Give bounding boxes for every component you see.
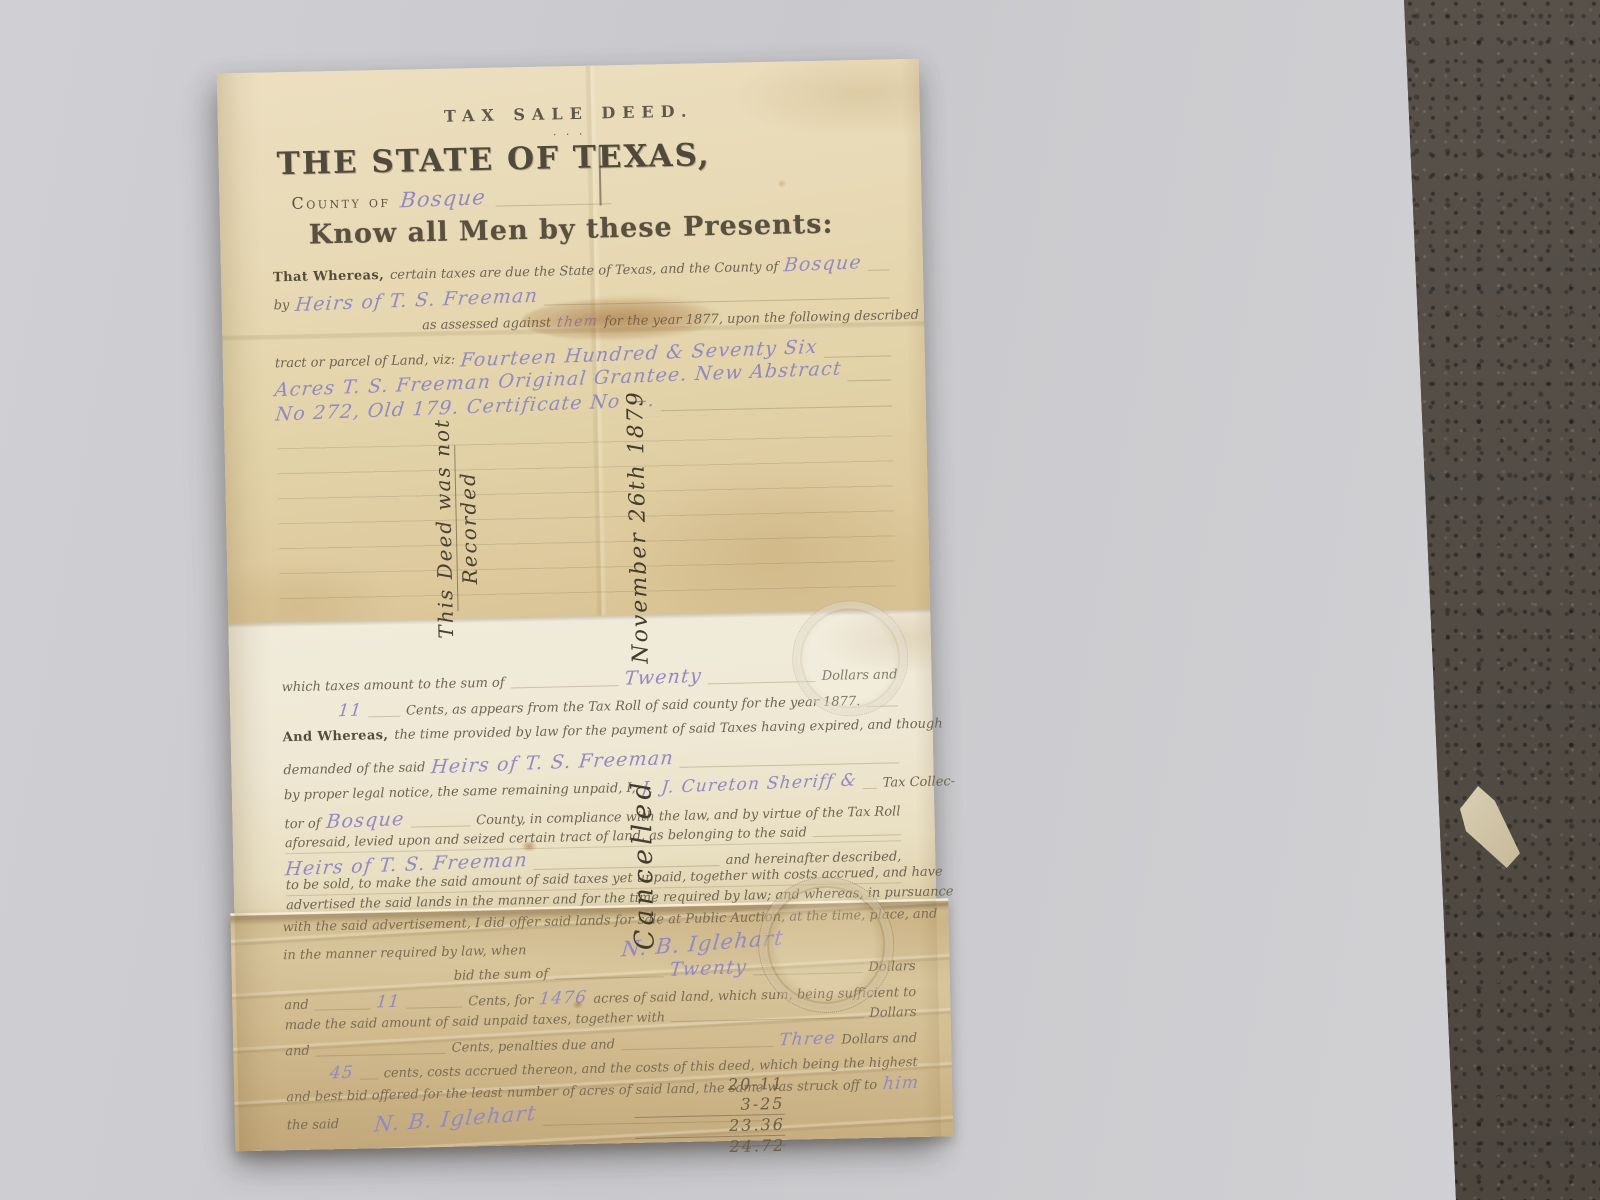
and-label-1: and <box>284 998 309 1014</box>
bid-handwritten: Twenty <box>668 956 748 981</box>
blank-rule <box>368 715 400 718</box>
cents2-handwritten: 11 <box>375 992 401 1013</box>
whereas-text: certain taxes are due the State of Texas… <box>390 260 779 283</box>
blank-rule <box>813 833 901 837</box>
blank-rule <box>863 787 877 789</box>
and-label-2: and <box>285 1044 310 1060</box>
by-label: by <box>274 298 290 313</box>
tract-label: tract or parcel of Land, viz: <box>275 353 456 372</box>
blank-rule <box>621 1045 773 1050</box>
blank-rule <box>511 684 619 688</box>
blank-rule <box>847 378 891 381</box>
penalties-handwritten: Three <box>778 1028 837 1050</box>
blank-rule <box>496 202 612 206</box>
ruled-blank-lines <box>276 411 896 600</box>
not-recorded-note: This Deed was not Recorded <box>429 388 484 669</box>
not-recorded-line: Recorded <box>454 445 482 611</box>
costs-handwritten: 45 <box>329 1063 355 1084</box>
notice-text: by proper legal notice, the same remaini… <box>284 781 636 803</box>
deed-document: TAX SALE DEED. · · · THE STATE OF TEXAS,… <box>217 59 941 1151</box>
math-line: 24.72 <box>635 1135 785 1159</box>
tor-text: tor of <box>284 816 320 832</box>
county-row: County of Bosque <box>291 183 611 214</box>
county-value-handwritten: Bosque <box>399 185 487 212</box>
not-recorded-line: This Deed was not <box>429 388 459 668</box>
blank-rule <box>554 975 664 979</box>
sheriff-handwritten: J. J. Cureton Sheriff & <box>640 770 858 798</box>
manner-text: in the manner required by law, when <box>283 943 526 963</box>
said-text: the said <box>287 1117 340 1133</box>
and-whereas-text: the time provided by law for the payment… <box>394 716 943 742</box>
penalties-text-2: Dollars and <box>841 1031 917 1048</box>
line-and-whereas: And Whereas, the time provided by law fo… <box>283 717 899 745</box>
presents-heading: Know all Men by these Presents: <box>220 207 922 253</box>
blank-rule <box>680 761 900 768</box>
blank-rule <box>671 1016 863 1022</box>
tor-county-handwritten: Bosque <box>325 808 405 833</box>
blank-rule <box>661 404 892 411</box>
sum-text: which taxes amount to the sum of <box>282 676 505 696</box>
penalties-text: Cents, penalties due and <box>452 1037 616 1055</box>
blank-rule <box>411 824 471 827</box>
demanded-text: demanded of the said <box>283 760 425 778</box>
bid-text: bid the sum of <box>454 967 549 984</box>
county-handwritten: Bosque <box>783 251 863 276</box>
handwritten-arithmetic: 20-11 3-25 23.36 24.72 <box>634 1074 786 1159</box>
blank-rule <box>868 268 889 270</box>
made-text: made the said amount of said unpaid taxe… <box>285 1010 666 1033</box>
whereas-lead: That Whereas, <box>273 268 384 285</box>
blank-rule <box>360 1077 378 1079</box>
cancelled-word: Cancelled <box>626 778 661 950</box>
notice-text-2: Tax Collec- <box>883 774 956 791</box>
purchaser-signature: N. B. Iglehart <box>373 1101 538 1137</box>
made-text-2: Dollars <box>869 1005 917 1021</box>
blank-rule <box>315 1007 371 1010</box>
state-heading: THE STATE OF TEXAS, <box>276 137 711 182</box>
county-label: County of <box>291 192 390 213</box>
blank-rule <box>407 1006 463 1009</box>
deed-top-section: TAX SALE DEED. · · · THE STATE OF TEXAS,… <box>217 59 930 624</box>
cents2-text: Cents, for <box>468 993 533 1009</box>
him-handwritten: him <box>882 1073 920 1094</box>
math-line: 23.36 <box>635 1115 785 1138</box>
blank-rule <box>316 1052 446 1057</box>
owner-handwritten: Heirs of T. S. Freeman <box>294 285 539 316</box>
cents-handwritten: 11 <box>337 700 363 721</box>
cancelled-date: November 26th 1879 <box>623 390 654 664</box>
and-whereas-lead: And Whereas, <box>283 728 389 745</box>
